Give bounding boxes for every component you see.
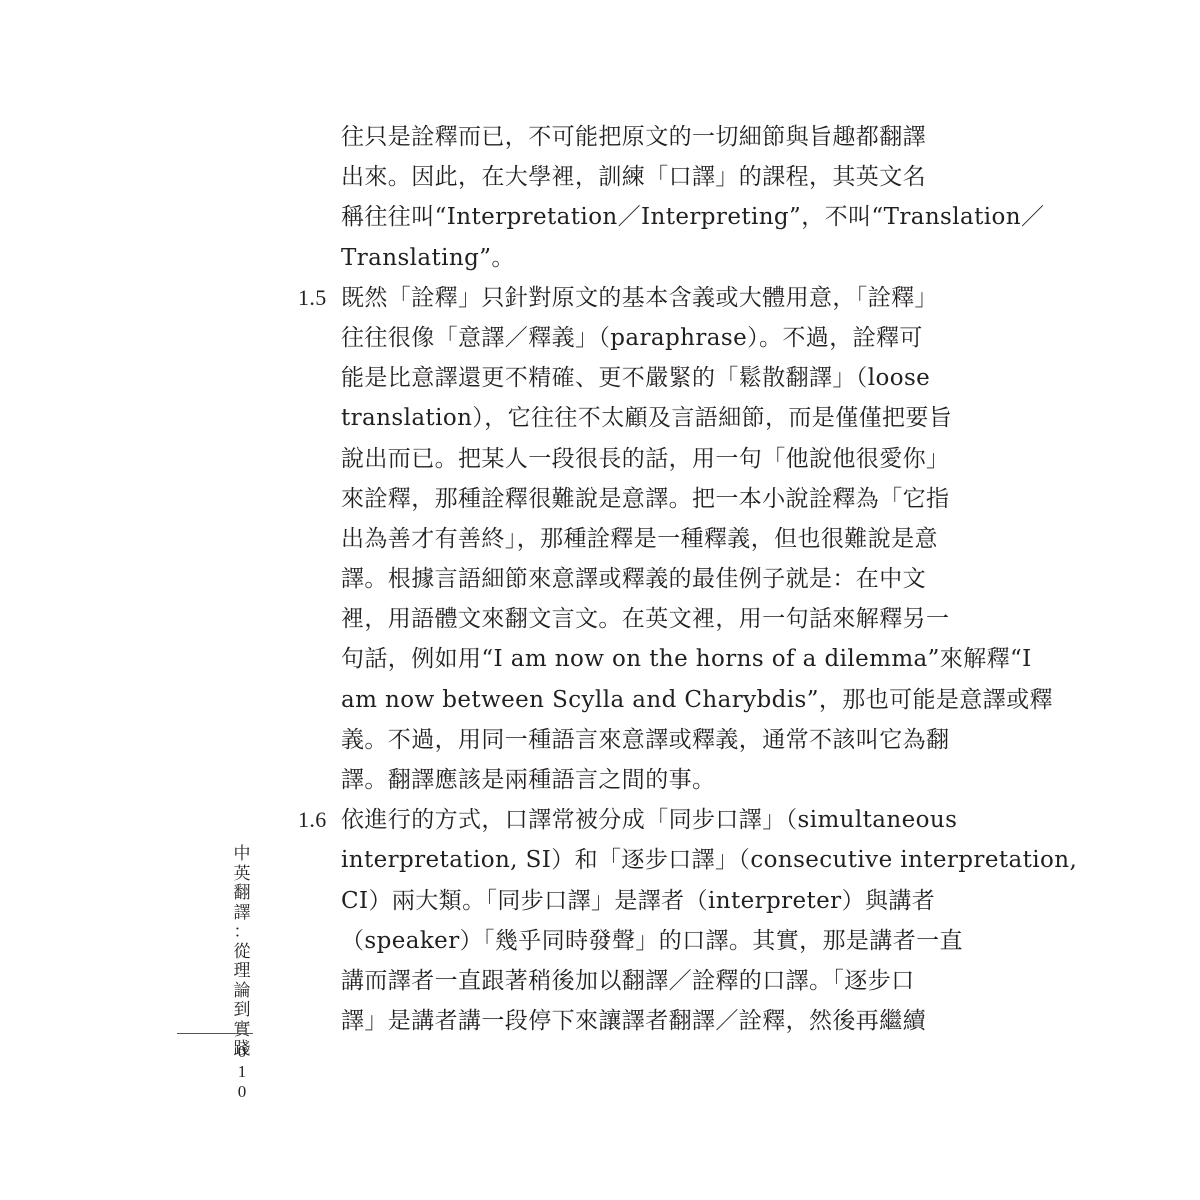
running-head-divider bbox=[177, 1033, 253, 1034]
page-number-digit: 0 bbox=[231, 1042, 253, 1062]
text-line: 稱往往叫“Interpretation／Interpreting”，不叫“Tra… bbox=[341, 197, 893, 237]
text-line: 譯」是講者講一段停下來讓譯者翻譯／詮釋，然後再繼續 bbox=[341, 1001, 893, 1041]
running-head-char: 中 bbox=[231, 845, 253, 865]
text-line: 往往很像「意譯／釋義」（paraphrase）。不過，詮釋可 bbox=[341, 318, 893, 358]
text-line: （speaker）「幾乎同時發聲」的口譯。其實，那是講者一直 bbox=[341, 921, 893, 961]
text-line: translation），它往往不太顧及言語細節，而是僅僅把要旨 bbox=[341, 398, 893, 438]
body-text: 往只是詮釋而已，不可能把原文的一切細節與旨趣都翻譯 出來。因此，在大學裡，訓練「… bbox=[341, 117, 893, 1041]
running-head-book-title: 中 英 翻 譯 ： 從 理 論 到 實 踐 bbox=[231, 845, 253, 1060]
page-number: 0 1 0 bbox=[231, 1042, 253, 1102]
section-number: 1.5 bbox=[298, 278, 327, 318]
text-line: 說出而已。把某人一段很長的話，用一句「他說他很愛你」 bbox=[341, 439, 893, 479]
text-line: 能是比意譯還更不精確、更不嚴緊的「鬆散翻譯」（loose bbox=[341, 358, 893, 398]
text-line: interpretation, SI）和「逐步口譯」（consecutive i… bbox=[341, 840, 893, 880]
section-number: 1.6 bbox=[298, 800, 327, 840]
running-head-char: 翻 bbox=[231, 884, 253, 904]
book-page: 往只是詮釋而已，不可能把原文的一切細節與旨趣都翻譯 出來。因此，在大學裡，訓練「… bbox=[0, 0, 1200, 1200]
running-head-char: 到 bbox=[231, 1001, 253, 1021]
text-line: CI）兩大類。「同步口譯」是譯者（interpreter）與講者 bbox=[341, 881, 893, 921]
running-head-char: 從 bbox=[231, 943, 253, 963]
text-line: 句話，例如用“I am now on the horns of a dilemm… bbox=[341, 639, 893, 679]
text-line: am now between Scylla and Charybdis”，那也可… bbox=[341, 680, 893, 720]
text-line: 出為善才有善終」，那種詮釋是一種釋義，但也很難說是意 bbox=[341, 519, 893, 559]
text-line: 出來。因此，在大學裡，訓練「口譯」的課程，其英文名 bbox=[341, 157, 893, 197]
running-head-char: 實 bbox=[231, 1021, 253, 1041]
running-head-char: 論 bbox=[231, 982, 253, 1002]
text-line: 來詮釋，那種詮釋很難說是意譯。把一本小說詮釋為「它指 bbox=[341, 479, 893, 519]
text-line-content: 依進行的方式，口譯常被分成「同步口譯」（simultaneous bbox=[341, 807, 957, 833]
running-head-char: 理 bbox=[231, 962, 253, 982]
text-line: 義。不過，用同一種語言來意譯或釋義，通常不該叫它為翻 bbox=[341, 720, 893, 760]
text-line: 往只是詮釋而已，不可能把原文的一切細節與旨趣都翻譯 bbox=[341, 117, 893, 157]
running-head-char: 英 bbox=[231, 865, 253, 885]
text-line: 譯。根據言語細節來意譯或釋義的最佳例子就是：在中文 bbox=[341, 559, 893, 599]
text-line: 1.6 依進行的方式，口譯常被分成「同步口譯」（simultaneous bbox=[341, 800, 893, 840]
text-line: Translating”。 bbox=[341, 238, 893, 278]
text-line: 講而譯者一直跟著稍後加以翻譯／詮釋的口譯。「逐步口 bbox=[341, 961, 893, 1001]
page-number-digit: 0 bbox=[231, 1082, 253, 1102]
text-line-content: 既然「詮釋」只針對原文的基本含義或大體用意，「詮釋」 bbox=[341, 285, 938, 311]
running-head-char: 譯 bbox=[231, 904, 253, 924]
text-line: 1.5 既然「詮釋」只針對原文的基本含義或大體用意，「詮釋」 bbox=[341, 278, 893, 318]
running-head-char: ： bbox=[231, 923, 253, 943]
text-line: 裡，用語體文來翻文言文。在英文裡，用一句話來解釋另一 bbox=[341, 599, 893, 639]
page-number-digit: 1 bbox=[231, 1062, 253, 1082]
text-line: 譯。翻譯應該是兩種語言之間的事。 bbox=[341, 760, 893, 800]
